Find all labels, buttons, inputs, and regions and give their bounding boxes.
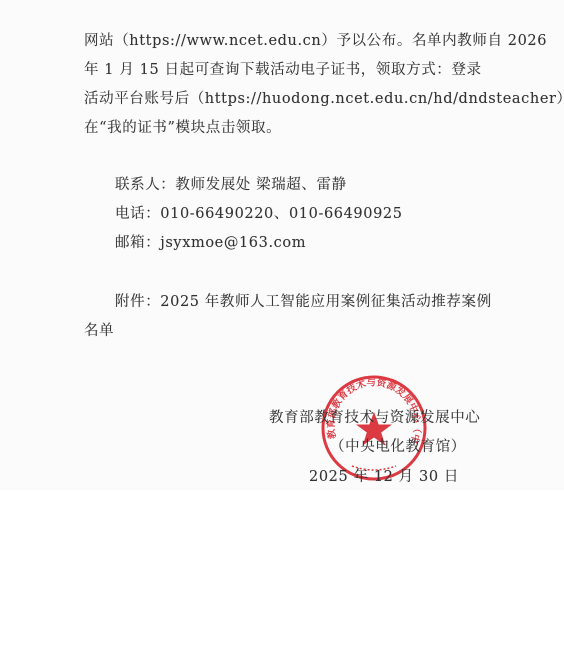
attachment-line-2: 名单 [84, 321, 114, 341]
contact-person: 联系人：教师发展处 梁瑞超、雷静 [115, 175, 347, 195]
paragraph-line-1: 网站（https://www.ncet.edu.cn）予以公布。名单内教师自 2… [84, 31, 547, 51]
paragraph-line-4: 在“我的证书”模块点击领取。 [84, 118, 281, 138]
contact-phone: 电话：010-66490220、010-66490925 [115, 204, 403, 224]
contact-email: 邮箱：jsyxmoe@163.com [115, 233, 306, 253]
signature-org-line-1: 教育部教育技术与资源发展中心 [269, 408, 480, 428]
official-seal-icon: 教育部教育技术与资源发展中心（中央电化教育馆） [320, 374, 428, 482]
signature-date: 2025 年 12 月 30 日 [309, 467, 459, 487]
signature-org-line-2: （中央电化教育馆） [330, 437, 466, 457]
paragraph-line-2: 年 1 月 15 日起可查询下载活动电子证书，领取方式：登录 [84, 60, 482, 80]
paragraph-line-3: 活动平台账号后（https://huodong.ncet.edu.cn/hd/d… [84, 89, 564, 109]
attachment-line-1: 附件：2025 年教师人工智能应用案例征集活动推荐案例 [115, 292, 492, 312]
scanned-page: 网站（https://www.ncet.edu.cn）予以公布。名单内教师自 2… [0, 0, 564, 490]
